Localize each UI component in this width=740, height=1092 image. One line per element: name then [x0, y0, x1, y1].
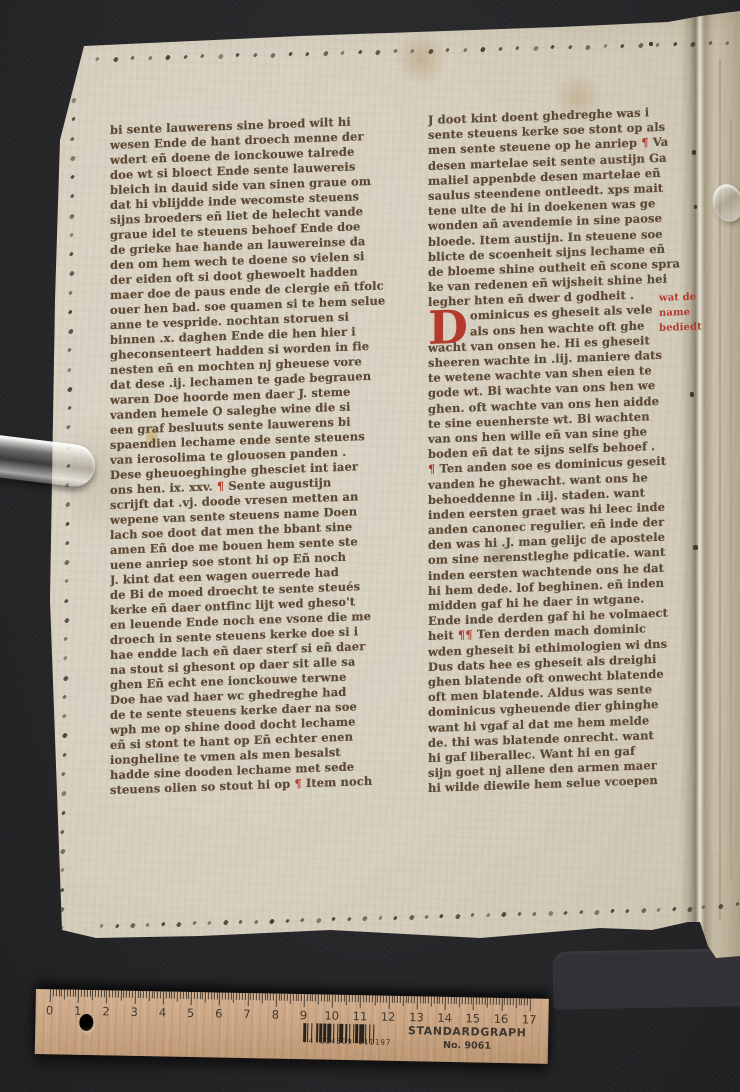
pricking-hole — [253, 53, 257, 57]
ruler-tick — [256, 993, 257, 1000]
ruler-tick — [154, 991, 155, 998]
ruler-tick — [428, 997, 429, 1004]
pricking-hole — [70, 155, 76, 161]
ruler-tick — [431, 997, 432, 1007]
ruler-tick — [456, 997, 457, 1004]
ruler-tick — [55, 989, 56, 996]
ruler-tick — [493, 998, 494, 1005]
pricking-hole — [641, 908, 647, 914]
manuscript-text-line: J. kint dat een wagen ouerrede had — [110, 562, 412, 588]
pricking-hole — [563, 910, 568, 915]
ruler-tick — [470, 997, 471, 1004]
manuscript-text-line: anden canonec regulier. eñ inde der — [428, 513, 716, 538]
ruler-tick — [120, 991, 121, 1001]
ruler-cm-label: 12 — [379, 1010, 397, 1024]
manuscript-text-line: heit ¶¶ Ten derden mach dominic — [428, 619, 716, 644]
pricking-hole — [393, 915, 397, 919]
manuscript-text-line: hadde sine dooden lechame met sede — [110, 757, 412, 783]
manuscript-text-line: boden eñ dat te sijns selfs behoef . — [428, 437, 716, 462]
pricking-hole — [410, 49, 414, 53]
ruler-cm-label: 13 — [407, 1010, 425, 1024]
parchment-crease — [730, 120, 732, 880]
manuscript-text-line: ghen Eñ echt ene ionckouwe terwne — [110, 667, 412, 693]
ruler-tick — [332, 995, 333, 1008]
pricking-hole — [585, 44, 591, 50]
ruler-tick — [123, 991, 124, 998]
pricking-hole — [71, 136, 75, 140]
ruler-tick — [233, 993, 234, 1003]
manuscript-text-line: vanden he ghewacht. want ons he — [428, 467, 716, 492]
ruler-tick — [211, 992, 212, 999]
ruler-tick — [507, 998, 508, 1005]
pricking-hole — [69, 213, 75, 219]
pricking-hole — [603, 44, 608, 49]
ruler: 01234567891011121314151617 4 014509 0111… — [35, 989, 549, 1064]
manuscript-text-line: wepene van sente steuens name Doen — [110, 502, 412, 528]
ruler-tick — [205, 992, 206, 1002]
pricking-hole — [656, 907, 661, 912]
ruler-tick — [352, 995, 353, 1002]
ruler-tick — [185, 992, 186, 999]
ruler-tick — [482, 998, 483, 1005]
marginal-rubric: wat denamebediedt — [659, 289, 721, 337]
pilcrow-rubric: ¶ — [217, 479, 224, 493]
ruler-tick — [287, 994, 288, 1001]
ruler-cm-label: 8 — [266, 1007, 284, 1021]
pricking-hole — [69, 252, 73, 256]
manuscript-text-line: men sente steuene op he anriep ¶ Va — [428, 133, 716, 158]
ruler-tick — [397, 996, 398, 1003]
ruler-tick — [182, 992, 183, 999]
pricking-hole — [59, 925, 64, 930]
pricking-hole — [701, 905, 705, 909]
pricking-hole — [67, 367, 71, 371]
ruler-cm-label: 10 — [323, 1009, 341, 1023]
ruler-tick — [64, 990, 65, 1000]
ruler-tick — [436, 997, 437, 1004]
ruler-tick — [383, 996, 384, 1003]
ruler-tick — [89, 990, 90, 997]
ruler-tick — [98, 990, 99, 997]
ruler-tick — [281, 994, 282, 1001]
parchment-stain — [395, 30, 447, 88]
ruler-tick — [151, 991, 152, 998]
ruler-tick — [171, 992, 172, 999]
ruler-tick — [253, 993, 254, 1000]
pricking-hole — [270, 52, 276, 58]
ruler-tick — [278, 994, 279, 1001]
ruler-tick — [160, 991, 161, 998]
pricking-hole — [64, 579, 69, 584]
ruler-tick — [273, 994, 274, 1001]
manuscript-text-line: ouer hen bad. soe quamen si te hem selue — [110, 292, 412, 318]
ruler-tick — [197, 992, 198, 999]
ruler-tick — [166, 991, 167, 998]
manuscript-text-line: desen martelae seit sente austijn Ga — [428, 149, 716, 174]
manuscript-text-line: sheeren wachte in .iij. maniere dats — [428, 346, 716, 371]
pricking-hole — [68, 328, 74, 334]
pricking-hole — [62, 714, 66, 718]
manuscript-text-line: binnen .x. daghen Ende die hen hier i — [110, 322, 412, 348]
ruler-tick — [391, 996, 392, 1003]
ruler-tick — [467, 997, 468, 1004]
ruler-tick — [380, 996, 381, 1003]
manuscript-text-line: ons hen. ix. xxv. ¶ Sente augustijn — [110, 472, 412, 498]
pricking-hole — [70, 174, 75, 179]
pricking-hole — [192, 921, 197, 926]
ruler-tick — [453, 997, 454, 1004]
ruler-tick — [386, 996, 387, 1003]
pricking-hole — [445, 48, 450, 53]
gutter-speck — [694, 205, 697, 209]
manuscript-text-line: sijns broeders eñ liet de helecht vande — [110, 202, 412, 228]
ruler-tick — [315, 994, 316, 1001]
ruler-tick — [515, 998, 516, 1008]
ruler-tick — [357, 995, 358, 1002]
ruler-tick — [202, 992, 203, 999]
ruler-tick — [448, 997, 449, 1004]
manuscript-text-line: een graf besluuts sente lauwerens bi — [110, 412, 412, 438]
page-gutter-fold — [680, 12, 714, 962]
pilcrow-rubric: ¶ — [641, 136, 648, 150]
manuscript-text-line: Doe hae vad haer wc ghedreghe had — [110, 682, 412, 708]
pricking-hole — [60, 868, 65, 873]
ruler-tick — [228, 993, 229, 1000]
manuscript-text-line: amen Eñ doe me bouen hem sente ste — [110, 532, 412, 558]
pricking-hole — [470, 913, 475, 918]
manuscript-text-line: de grieke hae hande an lauwereinse da — [110, 232, 412, 258]
ruler-tick — [335, 995, 336, 1002]
manuscript-text-line: sente steuens kerke soe stont op als — [428, 118, 716, 143]
parchment-page: bi sente lauwerens sine broed wilt hiwes… — [0, 0, 740, 1092]
pricking-hole — [515, 46, 519, 50]
book-cradle-edge — [553, 948, 740, 1009]
ruler-brand-label: STANDARDGRAPH — [407, 1024, 527, 1039]
ruler-tick — [101, 990, 102, 997]
pricking-hole — [548, 910, 554, 916]
manuscript-text-line: bloede. Item austijn. In steuene soe — [428, 224, 716, 249]
manuscript-text-line: hi hem dede. lof beghinen. eñ inden — [428, 574, 716, 599]
barcode-digits: 4 014509 011197 — [297, 1036, 403, 1047]
ruler-tick — [318, 994, 319, 1004]
ruler-tick — [414, 996, 415, 1003]
manuscript-text-line: de bloeme shine outheit eñ scone spra — [428, 255, 716, 280]
ruler-tick — [115, 991, 116, 998]
manuscript-text-line: lach soe doot dat men the bbant sine — [110, 517, 412, 543]
ruler-tick — [230, 993, 231, 1000]
ruler-ticks — [36, 989, 549, 999]
manuscript-text-line: te wetene wachte van shen eien te — [428, 361, 716, 386]
ruler-tick — [524, 998, 525, 1005]
manuscript-text-line: legher hten eñ dwer d godheit . — [428, 285, 716, 310]
manuscript-text-line: wesen Ende de hant droech menne der — [110, 127, 412, 153]
ruler-tick — [445, 997, 446, 1010]
ruler-tick — [109, 990, 110, 997]
manuscript-text-line: hi gaf liberallec. Want hi en gaf — [428, 741, 716, 766]
manuscript-text-line: tene ulte de hi in doekenen was ge — [428, 194, 716, 219]
ruler-tick — [439, 997, 440, 1004]
manuscript-text-line: uene anriep soe stont hi op Eñ noch — [110, 547, 412, 573]
manuscript-text-line: te sine euenherste wt. Bi wachten — [428, 407, 716, 432]
ruler-cm-label: 2 — [97, 1004, 115, 1018]
pricking-hole — [60, 887, 64, 891]
ruler-tick — [103, 990, 104, 997]
ruler-cm-label: 14 — [435, 1011, 453, 1025]
ruler-tick — [521, 998, 522, 1005]
ruler-cm-label: 7 — [238, 1007, 256, 1021]
ruler-tick — [250, 993, 251, 1000]
pilcrow-rubric: ¶ — [458, 628, 465, 642]
pricking-hole — [673, 42, 677, 46]
pricking-hole — [161, 922, 165, 926]
manuscript-text-line: van ons hen wille eñ van sine ghe — [428, 422, 716, 447]
ruler-tick — [442, 997, 443, 1004]
pricking-hole — [594, 909, 600, 915]
ruler-cm-label: 17 — [520, 1012, 538, 1026]
marginal-rubric-line: bediedt — [659, 319, 721, 336]
pricking-hole — [625, 908, 629, 912]
pricking-hole — [112, 56, 118, 62]
ruler-tick — [87, 990, 88, 997]
pricking-hole — [65, 540, 69, 544]
marginal-rubric-line: wat de — [659, 289, 721, 306]
pricking-hole — [200, 54, 204, 58]
manuscript-text-line: vanden hemele O saleghe wine die si — [110, 397, 412, 423]
pricking-hole — [130, 922, 136, 928]
ruler-tick — [50, 989, 51, 1002]
manuscript-text-line: steuens olien so stout hi op ¶ Item noch — [110, 772, 412, 798]
pricking-hole — [322, 51, 328, 57]
pricking-hole — [59, 906, 65, 912]
pricking-hole — [61, 772, 65, 776]
gutter-speck — [692, 150, 696, 155]
manuscript-text-line: hi wilde diewile hem selue vcoepen — [428, 771, 716, 796]
ruler-tick — [177, 992, 178, 1002]
pricking-hole — [424, 914, 429, 919]
ruler-tick — [284, 994, 285, 1001]
ruler-model-label: No. 9061 — [407, 1039, 527, 1052]
pricking-hole — [690, 41, 696, 47]
adjacent-leaf — [702, 10, 740, 960]
pricking-hole — [672, 907, 676, 911]
pilcrow-rubric: ¶ — [428, 462, 435, 476]
manuscript-text-line: eñ si stont te hant op Eñ echter enen — [110, 727, 412, 753]
ruler-tick — [473, 997, 474, 1010]
manuscript-text-line: bleich in dauid side van sinen graue om — [110, 172, 412, 198]
pricking-hole — [288, 52, 293, 57]
pricking-hole — [207, 920, 211, 924]
ruler-tick — [298, 994, 299, 1001]
ruler-cm-label: 5 — [182, 1006, 200, 1020]
pricking-hole — [238, 919, 243, 924]
ruler-tick — [498, 998, 499, 1005]
manuscript-photo: bi sente lauwerens sine broed wilt hiwes… — [0, 0, 740, 1092]
pricking-hole — [378, 915, 383, 920]
gutter-speck — [690, 392, 694, 397]
ruler-tick — [374, 995, 375, 1005]
ruler-tick — [338, 995, 339, 1002]
text-column-left: bi sente lauwerens sine broed wilt hiwes… — [110, 112, 412, 798]
pricking-hole — [340, 50, 345, 55]
manuscript-text-line: Ende inde derden gaf hi he volmaect — [428, 604, 716, 629]
ruler-tick — [143, 991, 144, 998]
ruler-tick — [219, 993, 220, 1006]
pricking-hole — [63, 675, 69, 681]
pricking-hole — [375, 49, 381, 55]
pricking-hole — [148, 55, 152, 59]
ruler-tick — [341, 995, 342, 1002]
ruler-tick — [137, 991, 138, 998]
ruler-tick — [199, 992, 200, 999]
ruler-cm-label: 15 — [464, 1011, 482, 1025]
ruler-tick — [118, 991, 119, 998]
ruler-tick — [326, 995, 327, 1002]
manuscript-text-line: waren Doe hoorde men daer J. steme — [110, 382, 412, 408]
manuscript-text-line: gheconsenteert hadden si worden in fie — [110, 337, 412, 363]
ruler-tick — [476, 997, 477, 1004]
ruler-tick — [276, 994, 277, 1007]
pricking-hole — [480, 47, 486, 53]
pricking-hole — [65, 521, 70, 526]
pricking-hole — [316, 917, 322, 923]
drop-cap-initial: D — [428, 306, 468, 349]
pricking-hole — [501, 912, 507, 918]
pricking-hole — [61, 829, 65, 833]
ruler-tick — [400, 996, 401, 1003]
ruler-tick — [78, 990, 79, 1003]
ruler-tick — [462, 997, 463, 1004]
manuscript-text-line: bi sente lauwerens sine broed wilt hi — [110, 112, 412, 138]
manuscript-text-line: na stout si ghesont op daer sit alle sa — [110, 652, 412, 678]
ruler-tick — [518, 998, 519, 1005]
ruler-tick — [450, 997, 451, 1004]
manuscript-text-line: wph me op shine dood docht lechame — [110, 712, 412, 738]
ruler-tick — [321, 994, 322, 1001]
pricking-hole — [393, 49, 398, 54]
pricking-hole — [718, 903, 724, 909]
pricking-hole — [735, 901, 740, 906]
manuscript-text-line: inden eersten graet was hi leec inde — [428, 498, 716, 523]
pricking-hole — [130, 56, 135, 61]
manuscript-text-line: maer doe de paus ende de clergie eñ tfol… — [110, 277, 412, 303]
ruler-tick — [388, 996, 389, 1009]
ruler-tick — [163, 991, 164, 1004]
ruler-tick — [422, 996, 423, 1003]
ruler-hole — [79, 1014, 93, 1031]
pricking-hole — [455, 913, 461, 919]
ruler-tick — [247, 993, 248, 1006]
ruler-tick — [126, 991, 127, 998]
ruler-tick — [366, 995, 367, 1002]
pricking-hole — [725, 41, 729, 45]
ruler-tick — [242, 993, 243, 1000]
pricking-hole — [687, 906, 693, 912]
pricking-hole — [362, 916, 368, 922]
gutter-speck — [649, 42, 653, 46]
pricking-hole — [427, 48, 433, 54]
ruler-tick — [324, 995, 325, 1002]
ruler-tick — [75, 990, 76, 997]
pricking-hole — [65, 502, 71, 508]
ruler-tick — [329, 995, 330, 1002]
ruler-tick — [346, 995, 347, 1005]
parchment-stain — [146, 420, 158, 454]
ruler-tick — [465, 997, 466, 1004]
pricking-hole — [440, 914, 444, 918]
pricking-hole — [498, 46, 503, 51]
manuscript-text-line: wden gheseit bi ethimologien wi dns — [428, 635, 716, 660]
manuscript-text-line: droech in sente steuens kerke doe si i — [110, 622, 412, 648]
manuscript-text-line: graue idel te steuens behoef Ende doe — [110, 217, 412, 243]
ruler-tick — [349, 995, 350, 1002]
ruler-tick — [372, 995, 373, 1002]
pricking-hole — [64, 598, 68, 602]
pricking-hole — [300, 918, 304, 922]
ruler-tick — [264, 993, 265, 1000]
pricking-hole — [550, 45, 555, 50]
pricking-hole — [67, 406, 72, 411]
ruler-tick — [290, 994, 291, 1004]
ruler-tick — [188, 992, 189, 999]
ruler-tick — [529, 998, 530, 1011]
ruler-cm-label: 3 — [125, 1005, 143, 1019]
manuscript-text-line: wdert eñ doene de ionckouwe talrede — [110, 142, 412, 168]
pricking-hole — [183, 54, 188, 59]
ruler-tick — [61, 989, 62, 996]
manuscript-text-line: inden eersten wachtende ons he dat — [428, 559, 716, 584]
manuscript-text-line: oft men blatende. Aldus was sente — [428, 680, 716, 705]
pricking-hole — [331, 917, 336, 922]
ruler-cm-label: 6 — [210, 1006, 228, 1020]
pricking-hole — [68, 309, 72, 313]
ruler-tick — [417, 996, 418, 1009]
ruler-tick — [92, 990, 93, 1000]
ruler-tick — [487, 998, 488, 1008]
ruler-tick — [72, 990, 73, 997]
ruler-tick — [225, 993, 226, 1000]
manuscript-text-line: den was hi .J. man gelijc de apostele — [428, 528, 716, 553]
pricking-hole — [68, 290, 73, 295]
pricking-hole — [165, 55, 171, 61]
ruler-tick — [261, 993, 262, 1003]
ruler-tick — [459, 997, 460, 1007]
pilcrow-rubric: ¶ — [294, 776, 301, 790]
manuscript-text-line: dominicus vgheuende dier ghinghe — [428, 695, 716, 720]
pricking-hole — [62, 752, 67, 757]
manuscript-text-line: behoeddenne in .iij. staden. want — [428, 483, 716, 508]
pricking-hole — [61, 791, 67, 797]
ruler-tick — [194, 992, 195, 999]
manuscript-text-line: dat hi vblijdde inde wecomste steuens — [110, 187, 412, 213]
pricking-hole — [64, 559, 70, 565]
pricking-hole — [67, 386, 73, 392]
manuscript-text-line: ominicus es gheseit als vele — [428, 300, 716, 325]
ruler-tick — [267, 993, 268, 1000]
pricking-hole — [95, 57, 99, 61]
ruler-tick — [360, 995, 361, 1008]
ruler-tick — [67, 990, 68, 997]
pricking-hole — [532, 45, 538, 51]
ruler-tick — [222, 993, 223, 1000]
pricking-hole — [269, 918, 275, 924]
ruler-tick — [157, 991, 158, 998]
manuscript-text-line: scrijft dat .vj. doode vresen metten an — [110, 487, 412, 513]
manuscript-text-line: spaendien lechame ende sente steuens — [110, 427, 412, 453]
ruler-tick — [112, 990, 113, 997]
manuscript-text-line: ¶ Ten anden soe es dominicus geseit — [428, 452, 716, 477]
pricking-hole — [305, 51, 309, 55]
ruler-tick — [496, 998, 497, 1005]
